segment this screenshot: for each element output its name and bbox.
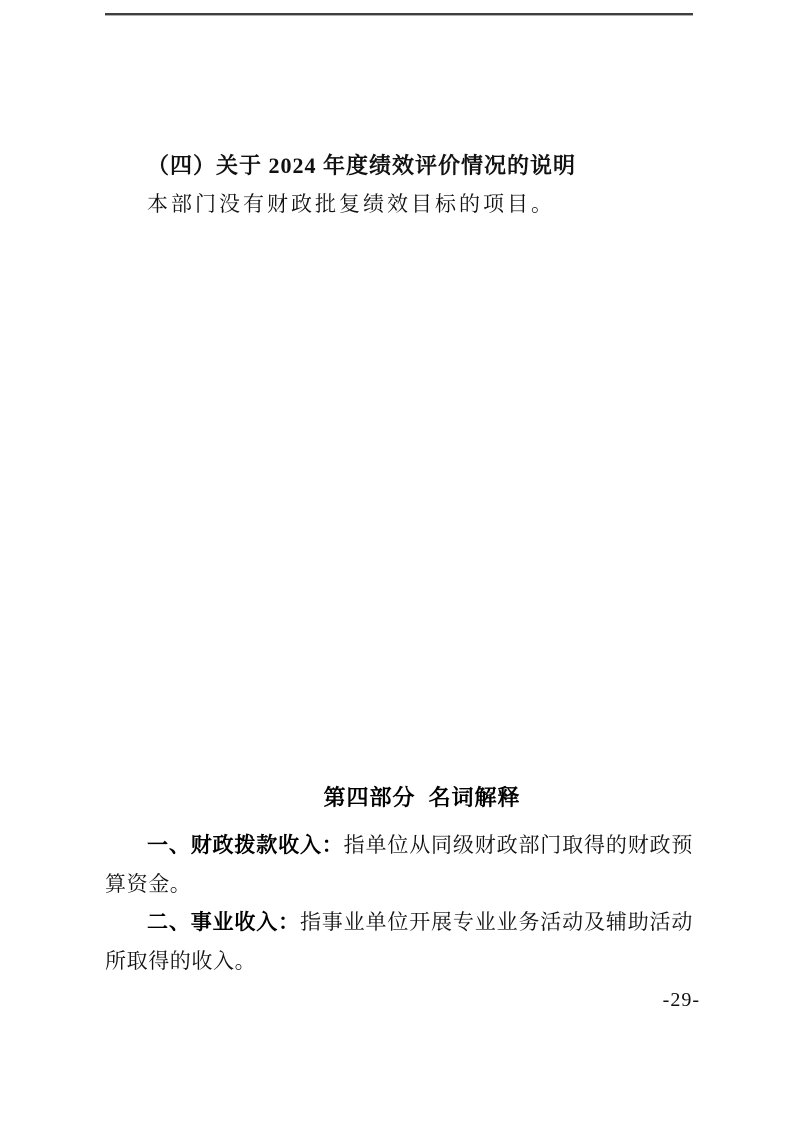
- term-paragraph: 二、事业收入：指事业单位开展专业业务活动及辅助活动所取得的收入。: [105, 903, 693, 980]
- document-page: （四）关于 2024 年度绩效评价情况的说明 本部门没有财政批复绩效目标的项目。…: [0, 0, 793, 1122]
- performance-note-section: （四）关于 2024 年度绩效评价情况的说明 本部门没有财政批复绩效目标的项目。: [105, 151, 693, 219]
- term-label: 一、财政拨款收入：: [147, 834, 344, 857]
- part4-title-text: 第四部分 名词解释: [323, 785, 520, 810]
- term-paragraph: 一、财政拨款收入：指单位从同级财政部门取得的财政预算资金。: [105, 826, 693, 903]
- performance-note-heading: （四）关于 2024 年度绩效评价情况的说明: [105, 151, 693, 181]
- glossary-terms: 一、财政拨款收入：指单位从同级财政部门取得的财政预算资金。 二、事业收入：指事业…: [105, 826, 693, 980]
- header-rule: [105, 13, 693, 15]
- performance-note-body: 本部门没有财政批复绩效目标的项目。: [105, 189, 693, 219]
- page-number: -29-: [663, 988, 700, 1012]
- part4-title: 第四部分 名词解释: [105, 783, 693, 813]
- term-label: 二、事业收入：: [147, 911, 300, 934]
